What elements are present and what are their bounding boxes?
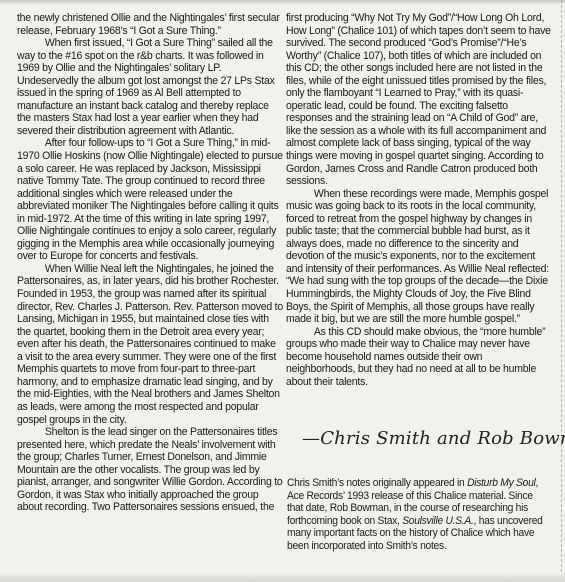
page-bottom-edge	[0, 573, 565, 582]
page-perforation-edge	[561, 0, 562, 582]
paragraph: When first issued, “I Got a Sure Thing” …	[17, 37, 283, 137]
right-text-column: first producing “Why Not Try My God”/“Ho…	[286, 12, 551, 388]
left-text-column: the newly christened Ollie and the Night…	[17, 12, 283, 514]
credits-note: Chris Smith’s notes originally appeared …	[287, 477, 551, 553]
paragraph: As this CD should make obvious, the “mor…	[286, 326, 551, 389]
credits-text: Chris Smith’s notes originally appeared …	[287, 477, 467, 489]
paragraph: After four follow-ups to “I Got a Sure T…	[17, 137, 283, 262]
page-top-edge	[0, 0, 565, 6]
author-signature: —Chris Smith and Rob Bowman	[302, 428, 552, 449]
credits-paragraph: Chris Smith’s notes originally appeared …	[287, 477, 551, 553]
book-title: Soulsville U.S.A.	[402, 515, 473, 527]
paragraph: When these recordings were made, Memphis…	[286, 188, 551, 326]
paragraph: first producing “Why Not Try My God”/“Ho…	[286, 12, 551, 188]
paragraph: the newly christened Ollie and the Night…	[17, 12, 283, 37]
paragraph: When Willie Neal left the Nightingales, …	[17, 263, 283, 426]
paragraph: Shelton is the lead singer on the Patter…	[17, 426, 283, 514]
album-title: Disturb My Soul	[467, 477, 535, 489]
